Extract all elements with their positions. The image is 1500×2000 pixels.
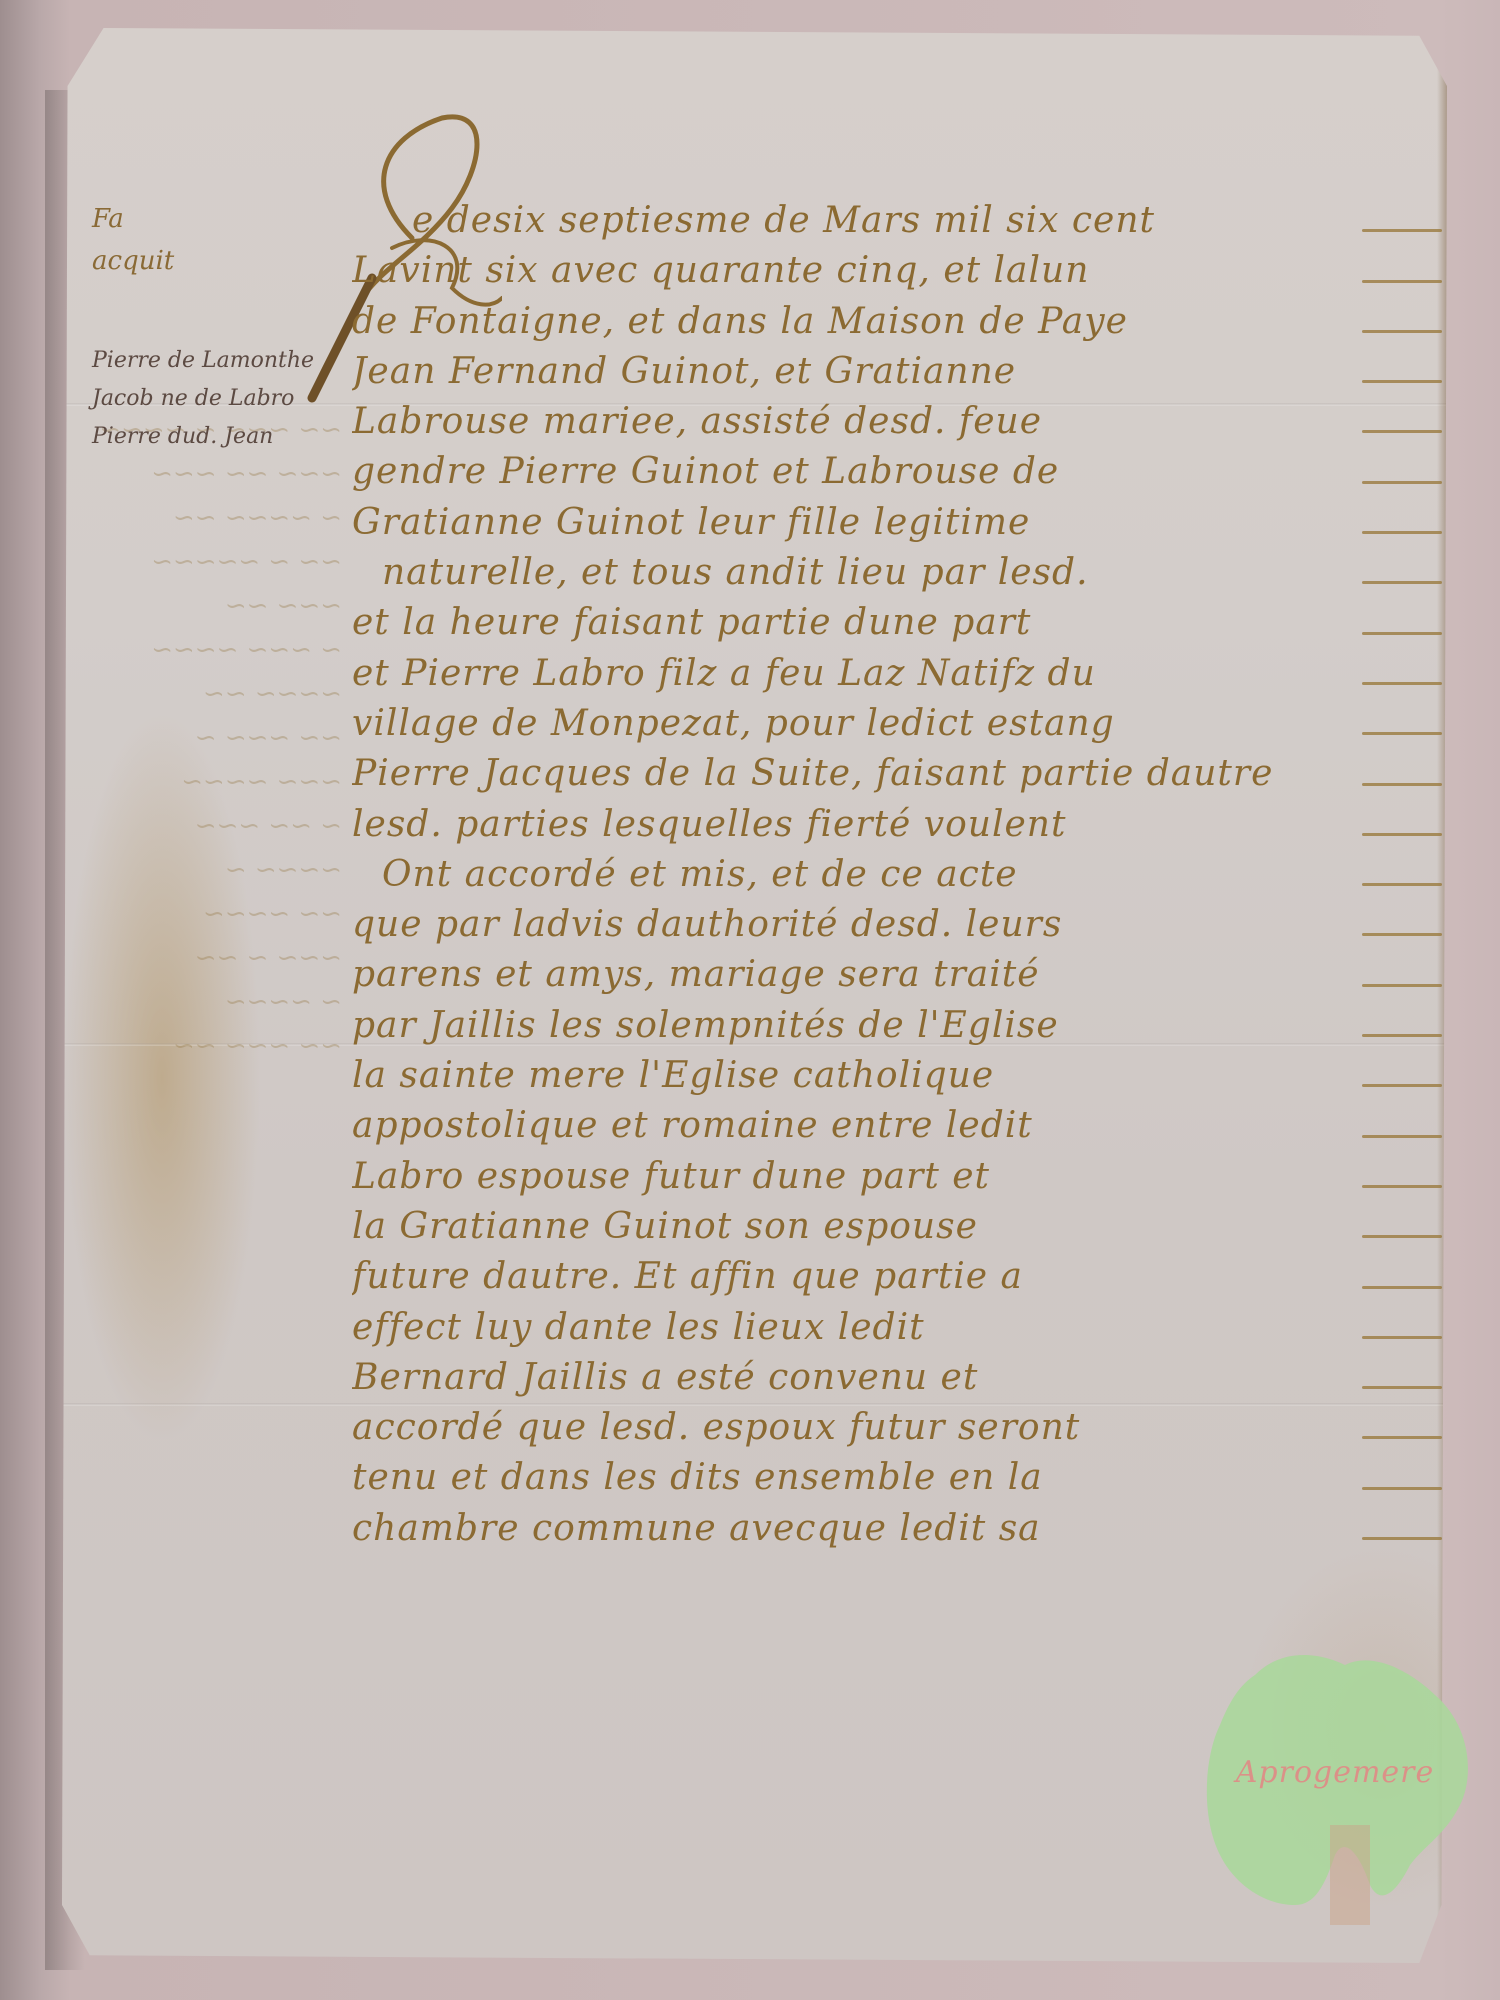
text-line: Labro espouse futur dune part et [352,1152,1442,1202]
margin-notes: Fa acquit Pierre de Lamonthe Jacob ne de… [92,198,322,456]
text-line: future dautre. Et affin que partie a [352,1252,1442,1302]
margin-note: Pierre dud. Jean [92,418,322,456]
text-line: Gratianne Guinot leur fille legitime [352,498,1442,548]
text-line: et la heure faisant partie dune part [352,598,1442,648]
text-line: effect luy dante les lieux ledit [352,1303,1442,1353]
text-line: Bernard Jaillis a esté convenu et [352,1353,1442,1403]
text-line: la Gratianne Guinot son espouse [352,1202,1442,1252]
manuscript-body: e desix septiesme de Mars mil six cent L… [352,196,1442,1554]
text-line: gendre Pierre Guinot et Labrouse de [352,447,1442,497]
text-line: e desix septiesme de Mars mil six cent [352,196,1442,246]
text-line: et Pierre Labro filz a feu Laz Natifz du [352,649,1442,699]
text-line: accordé que lesd. espoux futur seront [352,1403,1442,1453]
text-line: la sainte mere l'Eglise catholique [352,1051,1442,1101]
text-line: par Jaillis les solempnités de l'Eglise [352,1001,1442,1051]
text-line: chambre commune avecque ledit sa [352,1504,1442,1554]
ink-bleed-through: ~~ ~~~ ~ ~~~~~~~ ~~ ~~~~ ~~~~ ~~~~ ~ ~~~… [82,408,342,1808]
margin-note: Jacob ne de Labro [92,380,322,418]
text-line: Jean Fernand Guinot, et Gratianne [352,347,1442,397]
text-line: appostolique et romaine entre ledit [352,1101,1442,1151]
text-line: Labrouse mariee, assisté desd. feue [352,397,1442,447]
text-line: naturelle, et tous andit lieu par lesd. [352,548,1442,598]
margin-note: Pierre de Lamonthe [92,342,322,380]
margin-note: Fa [92,198,322,240]
text-line: Pierre Jacques de la Suite, faisant part… [352,749,1442,799]
margin-note: acquit [92,240,322,282]
text-line: lesd. parties lesquelles fierté voulent [352,800,1442,850]
text-line: que par ladvis dauthorité desd. leurs [352,900,1442,950]
text-line: Lavint six avec quarante cinq, et lalun [352,246,1442,296]
text-line: village de Monpezat, pour ledict estang [352,699,1442,749]
text-line: tenu et dans les dits ensemble en la [352,1453,1442,1503]
text-line: Ont accordé et mis, et de ce acte [352,850,1442,900]
text-line: de Fontaigne, et dans la Maison de Paye [352,297,1442,347]
text-line: parens et amys, mariage sera traité [352,950,1442,1000]
watermark-text: Aprogemere [1195,1755,1475,1790]
